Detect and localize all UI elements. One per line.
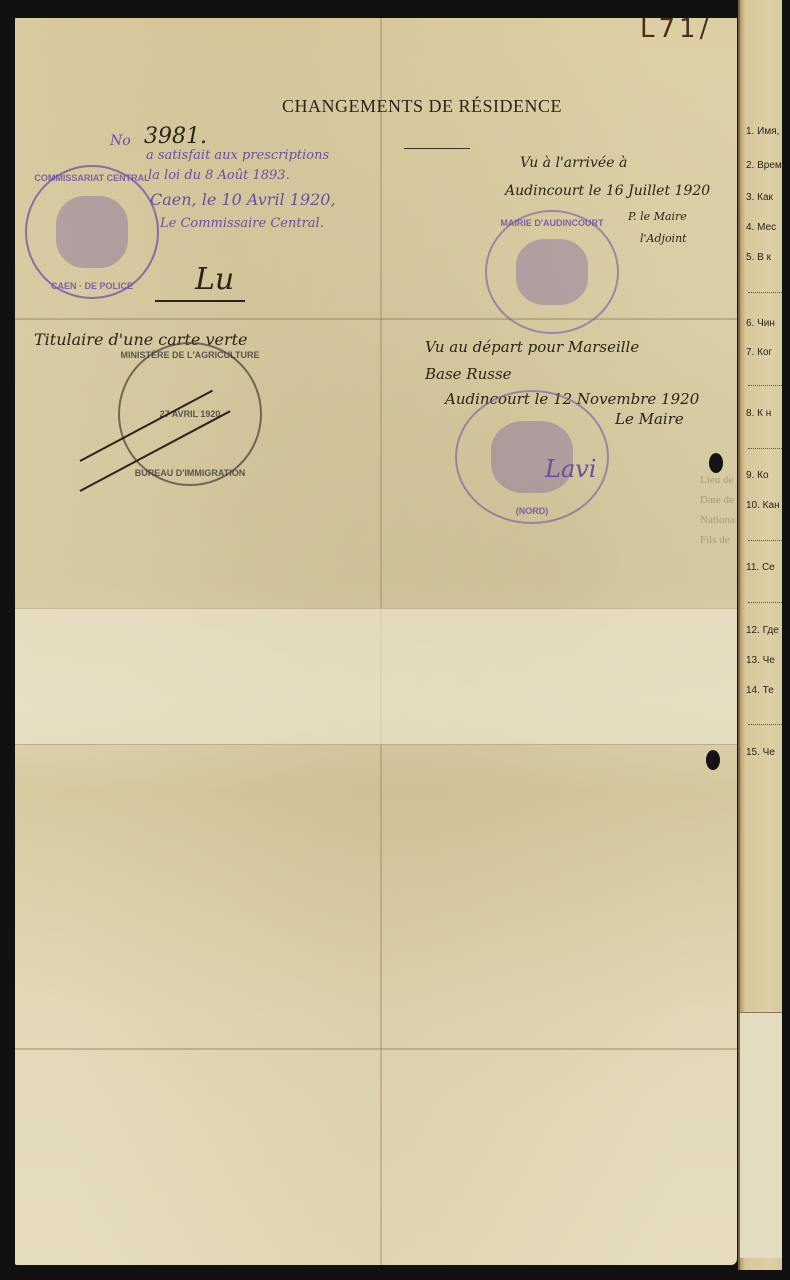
horizontal-fold bbox=[15, 1048, 737, 1050]
record-number: 3981. bbox=[144, 124, 207, 149]
arrival-line-1: Vu à l'arrivée à bbox=[520, 155, 627, 171]
emblem-icon bbox=[56, 196, 128, 268]
side-item: 15. Че bbox=[746, 747, 786, 758]
ministere-stamp: MINISTÈRE DE L'AGRICULTURE 27 AVRIL 1920… bbox=[118, 342, 262, 486]
side-item: 2. Врем bbox=[746, 160, 786, 171]
faint-printed-text: Lieu de naissance Date de la naissance N… bbox=[700, 470, 736, 550]
arrival-line-2: Audincourt le 16 Juillet 1920 bbox=[505, 183, 710, 199]
side-item: 10. Кан bbox=[746, 500, 786, 511]
side-item: 3. Как bbox=[746, 192, 786, 203]
emblem-icon bbox=[516, 239, 588, 305]
commissariat-stamp: COMMISSARIAT CENTRAL CAEN · DE POLICE bbox=[25, 165, 159, 299]
law-line: la loi du 8 Août 1893. bbox=[148, 168, 290, 183]
punch-hole bbox=[706, 750, 720, 770]
side-item: 12. Где bbox=[746, 625, 786, 636]
side-item: 11. Се bbox=[746, 562, 786, 573]
signature-stroke bbox=[155, 300, 245, 302]
number-prefix: No bbox=[110, 133, 131, 149]
arrival-line-4: l'Adjoint bbox=[640, 232, 687, 245]
side-item: 14. Те bbox=[746, 685, 786, 696]
signature: Lu bbox=[195, 262, 234, 297]
side-item: 9. Ко bbox=[746, 470, 786, 481]
departure-line-1: Vu au départ pour Marseille bbox=[425, 338, 639, 356]
archive-reference: L71/ bbox=[640, 14, 712, 44]
page-title: CHANGEMENTS DE RÉSIDENCE bbox=[282, 96, 562, 117]
side-item: 8. К н bbox=[746, 408, 786, 419]
prescription-line: a satisfait aux prescriptions bbox=[146, 148, 329, 163]
side-item: 7. Ког bbox=[746, 347, 786, 358]
departure-line-2: Base Russe bbox=[425, 365, 512, 383]
mairie-stamp-top: MAIRIE D'AUDINCOURT bbox=[485, 210, 619, 334]
side-item: 4. Мес bbox=[746, 222, 786, 233]
departure-line-4: Le Maire bbox=[615, 410, 684, 428]
horizontal-fold bbox=[15, 318, 737, 320]
side-item: 1. Имя, bbox=[746, 126, 786, 137]
signature-title: Le Commissaire Central. bbox=[160, 216, 324, 231]
arrival-line-3: P. le Maire bbox=[628, 210, 687, 223]
heading-rule bbox=[404, 148, 470, 149]
punch-hole bbox=[709, 453, 723, 473]
purple-signature: Lavi bbox=[545, 455, 596, 483]
side-item: 13. Че bbox=[746, 655, 786, 666]
scan-edge bbox=[782, 0, 790, 1280]
side-item: 6. Чин bbox=[746, 318, 786, 329]
tape-strip bbox=[15, 608, 737, 745]
place-date: Caen, le 10 Avril 1920, bbox=[150, 190, 336, 209]
side-item: 5. В к bbox=[746, 252, 786, 263]
